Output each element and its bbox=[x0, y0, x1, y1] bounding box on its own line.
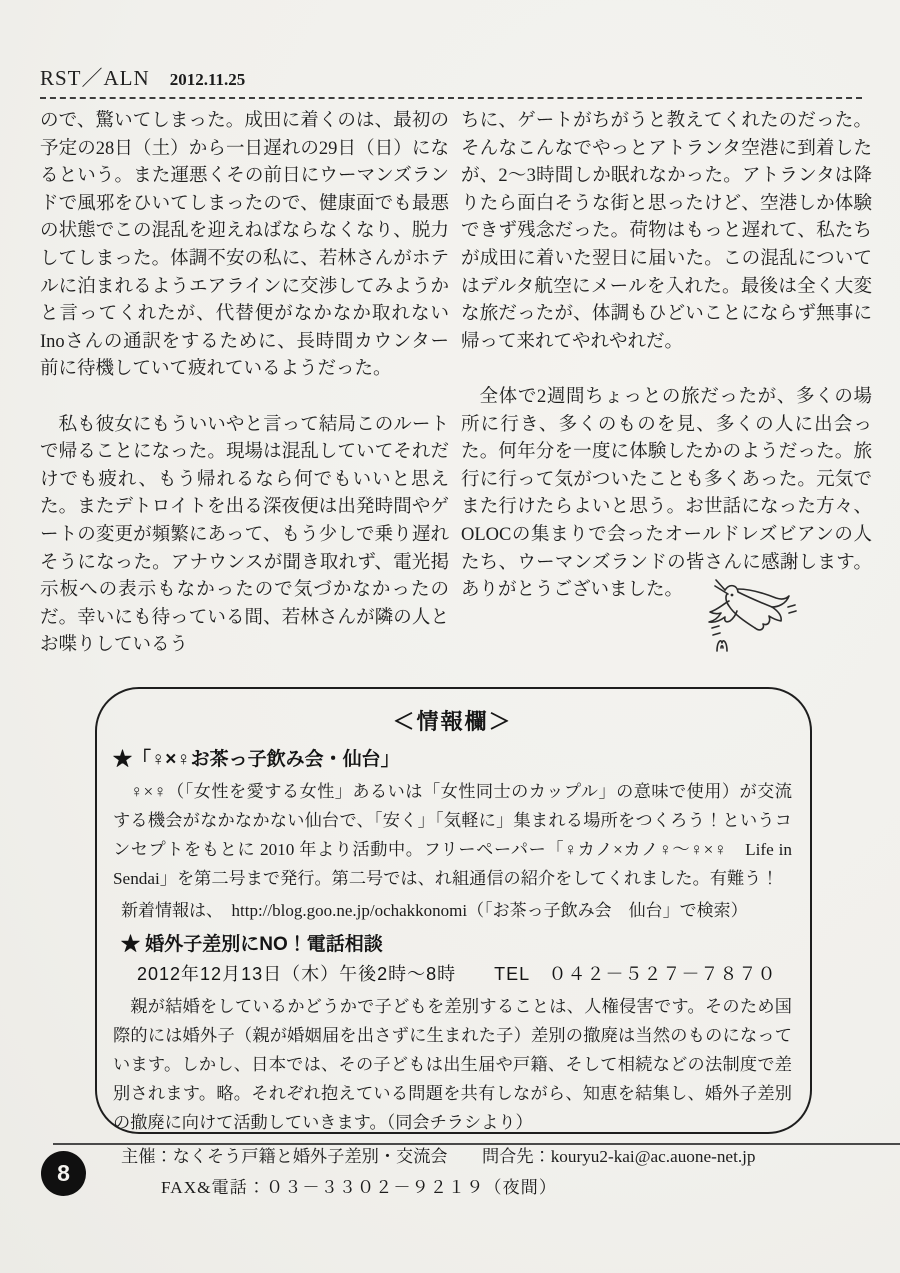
sendai-meetup-description: ♀×♀（「女性を愛する女性」あるいは「女性同士のカップル」の意味で使用）が交流す… bbox=[113, 777, 792, 893]
header-dashed-divider bbox=[40, 97, 862, 99]
flying-bird-doodle-icon bbox=[672, 576, 807, 671]
article-column-left: ので、驚いてしまった。成田に着くのは、最初の予定の28日（土）から一日遅れの29… bbox=[40, 108, 449, 660]
phone-consult-description: 親が結婚をしているかどうかで子どもを差別することは、人権侵害です。そのため国際的… bbox=[113, 992, 792, 1137]
phone-consult-heading: ★ 婚外子差別にNO！電話相談 bbox=[121, 929, 792, 956]
organizer-contact-line: 主催：なくそう戸籍と婚外子差別・交流会 問合先：kouryu2-kai@ac.a… bbox=[121, 1142, 792, 1167]
footer-divider bbox=[53, 1143, 900, 1145]
page-header: RST／ALN 2012.11.25 bbox=[40, 62, 245, 92]
article-paragraph: ちに、ゲートがちがうと教えてくれたのだった。そんなこんなでやっとアトランタ空港に… bbox=[461, 108, 872, 356]
info-box: ＜情報欄＞ ★「♀×♀お茶っ子飲み会・仙台」 ♀×♀（「女性を愛する女性」あるい… bbox=[95, 687, 812, 1134]
sendai-meetup-heading: ★「♀×♀お茶っ子飲み会・仙台」 bbox=[113, 744, 792, 771]
page-number-badge: 8 bbox=[41, 1151, 86, 1196]
article-column-right: ちに、ゲートがちがうと教えてくれたのだった。そんなこんなでやっとアトランタ空港に… bbox=[461, 108, 872, 605]
fax-phone-line: FAX&電話：０３－３３０２－９２１９（夜間） bbox=[161, 1173, 792, 1198]
issue-date: 2012.11.25 bbox=[170, 70, 246, 90]
publication-title: RST／ALN bbox=[40, 62, 150, 92]
sendai-meetup-blog-line: 新着情報は、 http://blog.goo.ne.jp/ochakkonomi… bbox=[121, 896, 792, 921]
info-box-title: ＜情報欄＞ bbox=[113, 705, 792, 736]
scanned-newsletter-page: RST／ALN 2012.11.25 ので、驚いてしまった。成田に着くのは、最初… bbox=[0, 0, 900, 1273]
article-paragraph: 全体で2週間ちょっとの旅だったが、多くの場所に行き、多くのものを見、多くの人に出… bbox=[461, 384, 872, 605]
phone-consult-schedule: 2012年12月13日（木）午後2時～8時 TEL ０４２－５２７－７８７０ bbox=[137, 960, 792, 986]
article-paragraph: ので、驚いてしまった。成田に着くのは、最初の予定の28日（土）から一日遅れの29… bbox=[40, 108, 449, 384]
article-paragraph: 私も彼女にもういいやと言って結局このルートで帰ることになった。現場は混乱していて… bbox=[40, 412, 449, 660]
